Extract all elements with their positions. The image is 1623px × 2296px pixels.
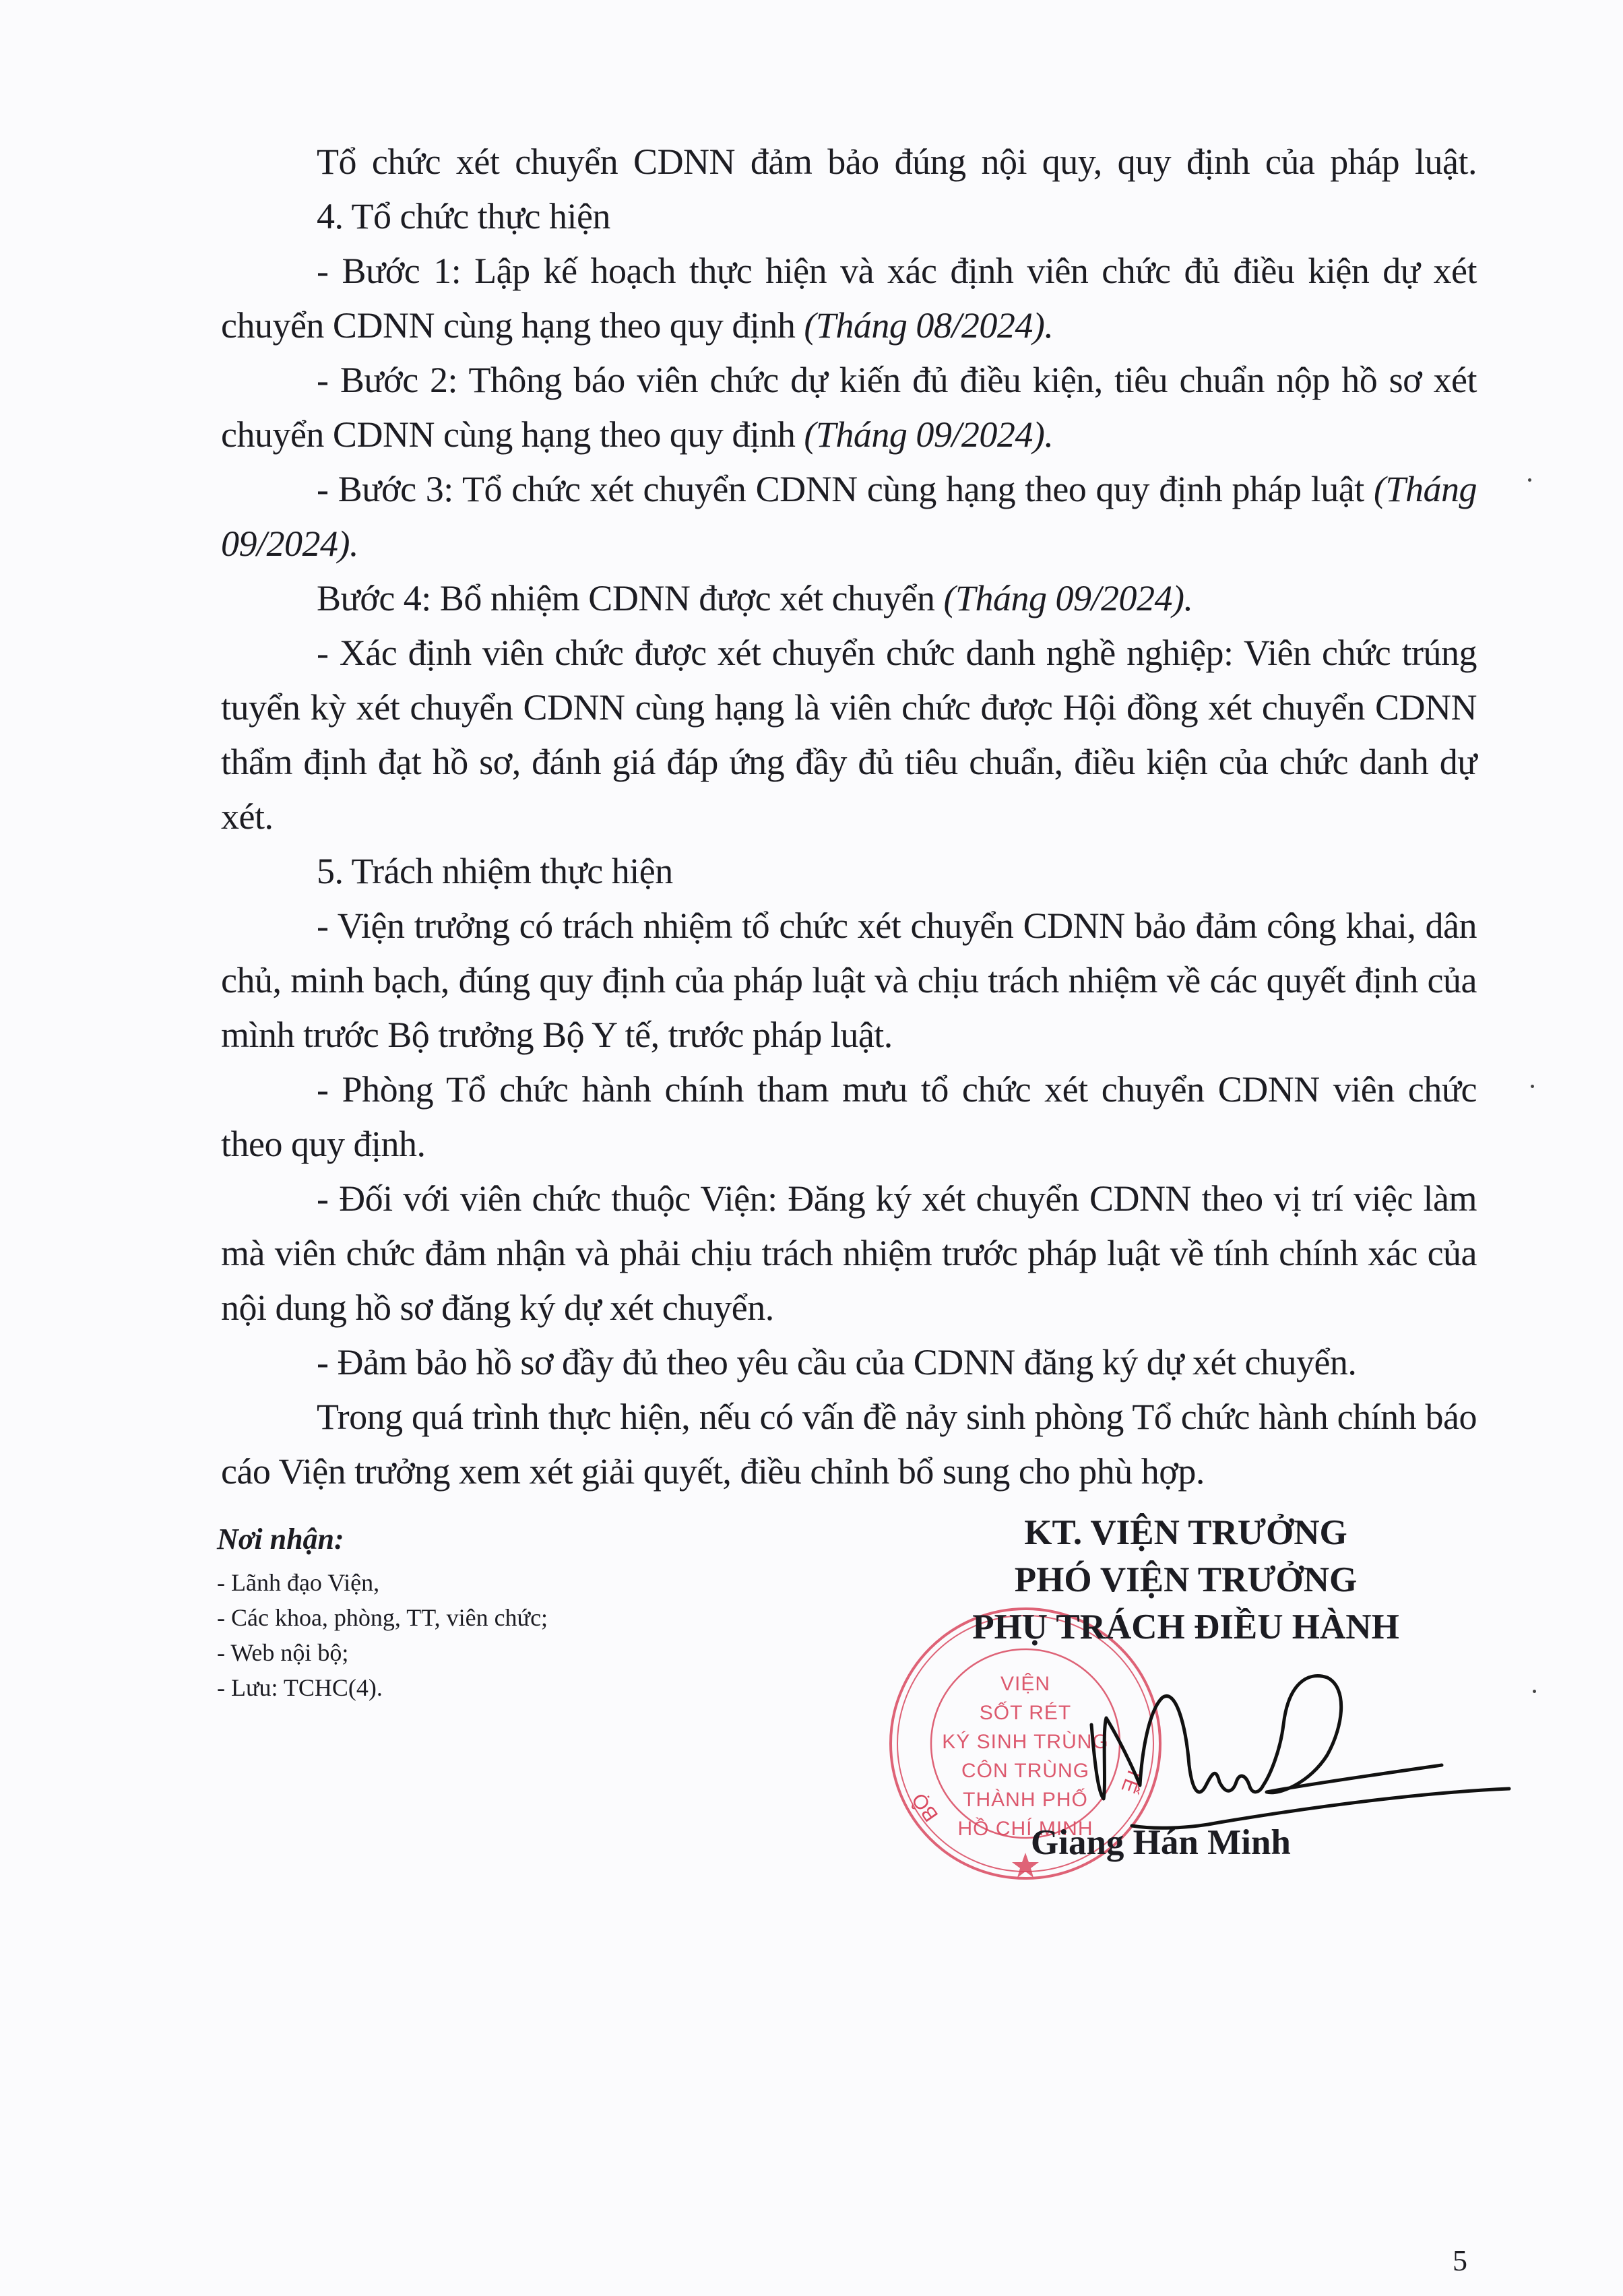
signature-title-line: PHÓ VIỆN TRƯỞNG [903, 1556, 1469, 1603]
responsibility-admin-office: - Phòng Tổ chức hành chính tham mưu tổ c… [221, 1062, 1477, 1172]
section-heading-5: 5. Trách nhiệm thực hiện [221, 844, 1477, 899]
paragraph-closing: Trong quá trình thực hiện, nếu có vấn đề… [221, 1390, 1477, 1499]
document-body: Tổ chức xét chuyển CDNN đảm bảo đúng nội… [221, 135, 1477, 1499]
step-date: (Tháng 09/2024). [804, 414, 1053, 455]
recipients-title: Nơi nhận: [217, 1519, 823, 1560]
responsibility-dossier: - Đảm bảo hồ sơ đầy đủ theo yêu cầu của … [221, 1335, 1477, 1390]
signature-title-line: KT. VIỆN TRƯỞNG [903, 1509, 1469, 1556]
recipient-item: - Lãnh đạo Viện, [217, 1565, 823, 1600]
paragraph-text: - Phòng Tổ chức hành chính tham mưu tổ c… [221, 1069, 1477, 1164]
step-text: - Bước 3: Tổ chức xét chuyển CDNN cùng h… [317, 469, 1374, 509]
section-heading-text: 5. Trách nhiệm thực hiện [317, 851, 673, 891]
responsibility-director: - Viện trưởng có trách nhiệm tổ chức xét… [221, 899, 1477, 1062]
seal-line: KÝ SINH TRÙNG [884, 1727, 1167, 1756]
signer-name: Giang Hán Minh [1031, 1819, 1291, 1866]
paragraph-text: Trong quá trình thực hiện, nếu có vấn đề… [221, 1397, 1477, 1492]
step-date: (Tháng 08/2024). [804, 305, 1053, 346]
signature-title-line: PHỤ TRÁCH ĐIỀU HÀNH [903, 1603, 1469, 1651]
paragraph-text: - Đối với viên chức thuộc Viện: Đăng ký … [221, 1178, 1477, 1328]
paragraph-text: - Đảm bảo hồ sơ đầy đủ theo yêu cầu của … [317, 1342, 1356, 1382]
step-date: (Tháng 09/2024). [944, 578, 1193, 618]
paragraph-determination: - Xác định viên chức được xét chuyển chứ… [221, 626, 1477, 844]
step-3: - Bước 3: Tổ chức xét chuyển CDNN cùng h… [221, 462, 1477, 571]
scan-speck [1531, 1085, 1534, 1088]
scan-speck [1528, 478, 1531, 482]
recipient-item: - Web nội bộ; [217, 1635, 823, 1670]
signature-block: KT. VIỆN TRƯỞNG PHÓ VIỆN TRƯỞNG PHỤ TRÁC… [903, 1509, 1469, 1651]
document-page: Tổ chức xét chuyển CDNN đảm bảo đúng nội… [0, 0, 1623, 2296]
page-number: 5 [1453, 2243, 1467, 2278]
step-text: Bước 4: Bổ nhiệm CDNN được xét chuyển [317, 578, 944, 618]
paragraph-text: Tổ chức xét chuyển CDNN đảm bảo đúng nội… [317, 141, 1477, 182]
paragraph-text: - Xác định viên chức được xét chuyển chứ… [221, 633, 1477, 837]
paragraph-text: - Viện trưởng có trách nhiệm tổ chức xét… [221, 905, 1477, 1055]
responsibility-staff: - Đối với viên chức thuộc Viện: Đăng ký … [221, 1172, 1477, 1335]
scan-speck [1533, 1690, 1536, 1693]
paragraph-intro: Tổ chức xét chuyển CDNN đảm bảo đúng nội… [221, 135, 1477, 189]
recipient-item: - Lưu: TCHC(4). [217, 1670, 823, 1705]
seal-line: VIỆN [884, 1669, 1167, 1698]
recipient-item: - Các khoa, phòng, TT, viên chức; [217, 1600, 823, 1635]
step-1: - Bước 1: Lập kế hoạch thực hiện và xác … [221, 244, 1477, 353]
recipients-block: Nơi nhận: - Lãnh đạo Viện, - Các khoa, p… [217, 1519, 823, 1705]
seal-line: SỐT RÉT [884, 1698, 1167, 1727]
section-heading-4: 4. Tổ chức thực hiện [221, 189, 1477, 244]
step-4: Bước 4: Bổ nhiệm CDNN được xét chuyển (T… [221, 571, 1477, 626]
section-heading-text: 4. Tổ chức thực hiện [317, 196, 610, 236]
step-2: - Bước 2: Thông báo viên chức dự kiến đủ… [221, 353, 1477, 462]
